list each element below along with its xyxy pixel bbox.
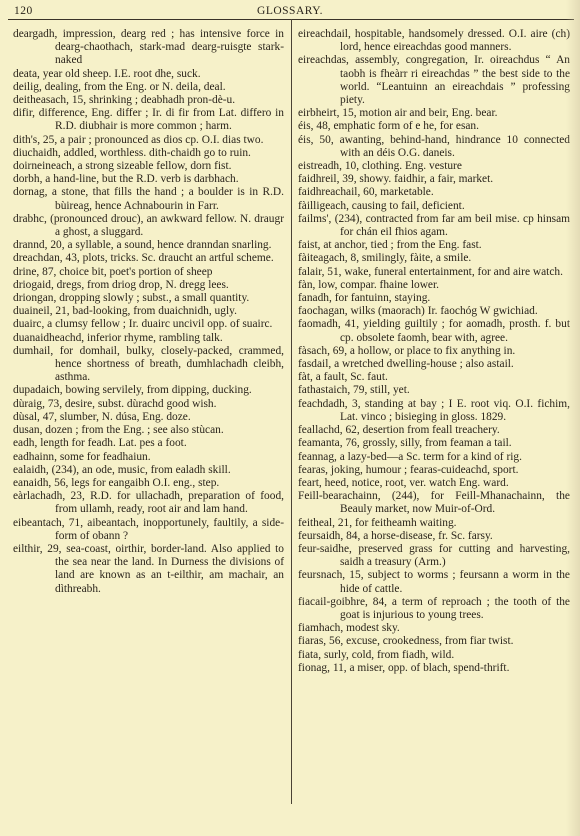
glossary-entry: feannag, a lazy-bed—a Sc. term for a kin… [298,451,570,464]
glossary-entry: dorbh, a hand-line, but the R.D. verb is… [13,173,284,186]
headword: diuchaidh, [13,147,61,159]
definition: a stone, that fills the hand ; a boulder… [52,186,284,211]
headword: feallachd, [298,424,343,436]
definition: (pronounced drouc), an awkward fellow. N… [50,213,284,238]
reference-number: 11, [333,662,347,674]
definition: marketable. [380,186,433,198]
definition: awanting, behind-hand, hindrance 10 conn… [340,134,570,159]
headword: Feill-bearachainn, [298,490,381,502]
definition: aibeantach, inopportunely, faultily, a s… [55,517,284,542]
reference-number: 15, [342,107,356,119]
reference-number: 71, [69,517,83,529]
reference-number: 87, [42,266,56,278]
glossary-entry: fiacail-goibhre, 84, a term of reproach … [298,596,570,622]
reference-number: 84, [346,530,360,542]
definition: bad-looking, from duaichnidh, ugly. [73,305,237,317]
reference-number: 50, [319,134,333,146]
glossary-entry: dith's, 25, a pair ; pronounced as dios … [13,134,284,147]
headword: fearas, [298,464,328,476]
reference-number: 29, [47,543,61,555]
glossary-entry: dornag, a stone, that fills the hand ; a… [13,186,284,212]
glossary-entry: deata, year old sheep. I.E. root dhe, su… [13,68,284,81]
headword: faomadh, [298,318,341,330]
definition: slumber, N. dúsa, Eng. doze. [60,411,191,423]
definition: surly, cold, from fiadh, wild. [324,649,454,661]
headword: dreachdan, [13,252,63,264]
reference-number: 51, [327,266,341,278]
glossary-entry: duanaidheachd, inferior rhyme, rambling … [13,332,284,345]
glossary-entry: fasdail, a wretched dwelling-house ; als… [298,358,570,371]
headword: feursaidh, [298,530,343,542]
definition: wilks (maorach) Ir. faochóg W gwichiad. [351,305,538,317]
reference-number: 10, [345,160,359,172]
reference-number: 21, [55,305,69,317]
headword: driongan, [13,292,56,304]
definition: still, yet. [370,384,410,396]
glossary-entry: duairc, a clumsy fellow ; Ir. duairc unc… [13,318,284,331]
definition: excuse, crookedness, from fiar twist. [346,635,513,647]
headword: dumhail, [13,345,53,357]
reference-number: (234), [335,213,363,225]
glossary-entry: fàn, low, compar. fhaine lower. [298,279,570,292]
headword: fathastaich, [298,384,350,396]
glossary-entry: drine, 87, choice bit, poet's portion of… [13,266,284,279]
glossary-entry: eireachdail, hospitable, handsomely dres… [298,28,570,54]
reference-number: 39, [342,173,356,185]
definition: an ode, music, from ealadh skill. [82,464,231,476]
glossary-entry: feursnach, 15, subject to worms ; feursa… [298,569,570,595]
glossary-entry: diuchaidh, addled, worthless. dith-chaid… [13,147,284,160]
headword: fàilligeach, [298,200,349,212]
definition: standing at bay ; I E. root viq. O.I. fi… [340,398,570,423]
headword: feachdadh, [298,398,348,410]
definition: for domhail, bulky, closely-packed, cram… [55,345,284,383]
glossary-entry: eadh, length for feadh. Lat. pes a foot. [13,437,284,450]
reference-number: 20, [50,239,64,251]
definition: impression, dearg red ; has intensive fo… [55,28,284,66]
definition: causing to fail, deficient. [352,200,465,212]
glossary-entry: fearas, joking, humour ; fearas-cuideach… [298,464,570,477]
glossary-entry: faidhreil, 39, showy. faidhir, a fair, m… [298,173,570,186]
reference-number: 15, [72,94,86,106]
reference-number: (244), [392,490,420,502]
definition: heed, notice, root, ver. watch Eng. ward… [325,477,509,489]
definition: yielding guiltily ; for aomadh, prosth. … [340,318,570,343]
glossary-entry: feursaidh, 84, a horse-disease, fr. Sc. … [298,530,570,543]
headword: duairc, [13,318,44,330]
headword: failms', [298,213,331,225]
definition: low, compar. fhaine lower. [318,279,439,291]
headword: dith's, [13,134,40,146]
glossary-entry: fanadh, for fantuinn, staying. [298,292,570,305]
headword: fasdail, [298,358,331,370]
headword: faochagan, [298,305,348,317]
headword: feannag, [298,451,337,463]
glossary-entry: fathastaich, 79, still, yet. [298,384,570,397]
glossary-entry: eàrlachadh, 23, R.D. for ullachadh, prep… [13,490,284,516]
glossary-entry: eistreadh, 10, clothing. Eng. vesture [298,160,570,173]
glossary-entry: dusan, dozen ; from the Eng. ; see also … [13,424,284,437]
reference-number: 8, [351,252,360,264]
headword: deata, [13,68,40,80]
headword: falair, [298,266,324,278]
glossary-entry: fàt, a fault, Sc. faut. [298,371,570,384]
reference-number: 60, [363,186,377,198]
glossary-entry: feamanta, 76, grossly, silly, from feama… [298,437,570,450]
headword: duanaidheachd, [13,332,84,344]
definition: for fantuinn, staying. [335,292,431,304]
headword: fiacail-goibhre, [298,596,368,608]
definition: desire, subst. dùrachd good wish. [65,398,217,410]
headword: feur-saidhe, [298,543,352,555]
definition: a miser, opp. of blach, spend-thrift. [350,662,510,674]
glossary-entry: faist, at anchor, tied ; from the Eng. f… [298,239,570,252]
headword: eireachdail, [298,28,351,40]
glossary-entry: Feill-bearachainn, (244), for Feill-Mhan… [298,490,570,516]
headword: drannd, [13,239,47,251]
page-edge-shadow [566,0,580,836]
glossary-entry: eirbheirt, 15, motion air and beir, Eng.… [298,107,570,120]
definition: dregs, from driog drop, N. dregg lees. [57,279,229,291]
headword: feamanta, [298,437,343,449]
left-column: deargadh, impression, dearg red ; has in… [13,28,284,596]
headword: deilig, [13,81,42,93]
definition: difference, Eng. differ ; Ir. di fir fro… [39,107,284,132]
headword: eilthir, [13,543,43,555]
headword: doirneineach, [13,160,75,172]
reference-number: 62, [345,424,359,436]
definition: dropping slowly ; subst., a small quanti… [59,292,249,304]
headword: fionag, [298,662,330,674]
reference-number: (234), [52,464,80,476]
definition: a horse-disease, fr. Sc. farsy. [363,530,493,542]
glossary-entry: faidhreachail, 60, marketable. [298,186,570,199]
definition: dozen ; from the Eng. ; see also stùcan. [45,424,223,436]
reference-number: 76, [345,437,359,449]
headword: dusan, [13,424,42,436]
headword: dornag, [13,186,47,198]
definition: at anchor, tied ; from the Eng. fast. [323,239,481,251]
glossary-entry: fiata, surly, cold, from fiadh, wild. [298,649,570,662]
glossary-entry: feart, heed, notice, root, ver. watch En… [298,477,570,490]
reference-number: 43, [66,252,80,264]
definition: for feitheamh waiting. [355,517,457,529]
definition: year old sheep. I.E. root dhe, suck. [43,68,201,80]
reference-number: 56, [54,477,68,489]
running-head: GLOSSARY. [14,5,566,17]
definition: a hand-line, but the R.D. verb is darbha… [45,173,238,185]
glossary-entry: eilthir, 29, sea-coast, oirthir, border-… [13,543,284,596]
glossary-entry: driongan, dropping slowly ; subst., a sm… [13,292,284,305]
headword: fiaras, [298,635,326,647]
glossary-entry: failms', (234), contracted from far am b… [298,213,570,239]
reference-number: 73, [48,398,62,410]
headword: dùraig, [13,398,45,410]
column-divider [291,19,292,804]
definition: sea-coast, oirthir, border-land. Also ap… [55,543,284,595]
definition: a strong sizeable fellow, dorn fist. [78,160,232,172]
glossary-entry: driogaid, dregs, from driog drop, N. dre… [13,279,284,292]
definition: grossly, silly, from feaman a tail. [363,437,512,449]
definition: plots, tricks. Sc. draucht an artful sch… [83,252,274,264]
headword: fàiteagach, [298,252,348,264]
glossary-entry: fiamhach, modest sky. [298,622,570,635]
definition: a clumsy fellow ; Ir. duairc uncivil opp… [47,318,272,330]
glossary-entry: fionag, 11, a miser, opp. of blach, spen… [298,662,570,675]
definition: legs for eangaibh O.I. eng., step. [71,477,219,489]
reference-number: 48, [316,120,330,132]
headword: difir, [13,107,35,119]
reference-number: 3, [352,398,361,410]
headword: dorbh, [13,173,42,185]
headword: faidhreachail, [298,186,360,198]
definition: a hollow, or place to fix anything in. [350,345,515,357]
definition: desertion from feall treachery. [363,424,500,436]
glossary-entry: deilig, dealing, from the Eng. or N. dei… [13,81,284,94]
glossary-entry: deargadh, impression, dearg red ; has in… [13,28,284,68]
reference-number: 56, [329,635,343,647]
headword: eibeantach, [13,517,65,529]
definition: showy. faidhir, a fair, market. [359,173,493,185]
reference-number: 84, [373,596,387,608]
headword: fàt, [298,371,313,383]
definition: assembly, congregation, Ir. oireachdus “… [340,54,570,106]
definition: some for feadhaiun. [60,451,151,463]
definition: contracted from far am beil mise. cp hin… [340,213,570,238]
glossary-entry: eireachdas, assembly, congregation, Ir. … [298,54,570,107]
headword: eadh, [13,437,37,449]
definition: dealing, from the Eng. or N. deila, deal… [45,81,226,93]
headword: ealaidh, [13,464,49,476]
glossary-entry: deitheasach, 15, shrinking ; deabhadh pr… [13,94,284,107]
headword: eistreadh, [298,160,342,172]
headword: éis, [298,134,314,146]
headword: faidhreil, [298,173,339,185]
glossary-entry: éis, 50, awanting, behind-hand, hindranc… [298,134,570,160]
glossary-entry: feallachd, 62, desertion from feall trea… [298,424,570,437]
headword: faist, [298,239,320,251]
headword: dùsal, [13,411,40,423]
glossary-entry: feur-saidhe, preserved grass for cutting… [298,543,570,569]
headword: duaineil, [13,305,53,317]
definition: choice bit, poet's portion of sheep [59,266,212,278]
glossary-page: 120 GLOSSARY. deargadh, impression, dear… [0,0,580,836]
definition: subject to worms ; feursann a worm in th… [340,569,570,594]
glossary-entry: feachdadh, 3, standing at bay ; I E. roo… [298,398,570,424]
headword: fàsach, [298,345,330,357]
headword: drine, [13,266,39,278]
glossary-entry: ealaidh, (234), an ode, music, from eala… [13,464,284,477]
definition: joking, humour ; fearas-cuideachd, sport… [331,464,519,476]
definition: shrinking ; deabhadh pron-dè-u. [89,94,235,106]
glossary-entry: falair, 51, wake, funeral entertainment,… [298,266,570,279]
glossary-entry: fàilligeach, causing to fail, deficient. [298,200,570,213]
headword: fàn, [298,279,315,291]
definition: motion air and beir, Eng. bear. [359,107,497,119]
headword: dupadaich, [13,384,63,396]
reference-number: 41, [345,318,359,330]
headword: deitheasach, [13,94,69,106]
definition: wake, funeral entertainment, for and air… [344,266,563,278]
glossary-entry: eibeantach, 71, aibeantach, inopportunel… [13,517,284,543]
headword: feitheal, [298,517,335,529]
definition: inferior rhyme, rambling talk. [87,332,223,344]
glossary-entry: dreachdan, 43, plots, tricks. Sc. drauch… [13,252,284,265]
definition: a wretched dwelling-house ; also astail. [334,358,514,370]
headword: driogaid, [13,279,54,291]
glossary-entry: dumhail, for domhail, bulky, closely-pac… [13,345,284,385]
reference-number: 23, [71,490,85,502]
glossary-entry: difir, difference, Eng. differ ; Ir. di … [13,107,284,133]
headword: eirbheirt, [298,107,339,119]
headword: fanadh, [298,292,332,304]
glossary-entry: fiaras, 56, excuse, crookedness, from fi… [298,635,570,648]
headword: eàrlachadh, [13,490,65,502]
glossary-entry: drabhc, (pronounced drouc), an awkward f… [13,213,284,239]
headword: éis, [298,120,314,132]
definition: R.D. for ullachadh, preparation of food,… [55,490,284,515]
definition: length for feadh. Lat. pes a foot. [40,437,186,449]
definition: modest sky. [346,622,400,634]
headword: fiamhach, [298,622,343,634]
right-column: eireachdail, hospitable, handsomely dres… [298,28,570,675]
headword: feursnach, [298,569,345,581]
definition: smilingly, fàite, a smile. [362,252,471,264]
definition: hospitable, handsomely dressed. O.I. air… [340,28,570,53]
headword: eanaidh, [13,477,51,489]
headword: fiata, [298,649,321,661]
glossary-entry: eanaidh, 56, legs for eangaibh O.I. eng.… [13,477,284,490]
definition: a fault, Sc. faut. [316,371,388,383]
definition: bowing servilely, from dipping, ducking. [66,384,252,396]
glossary-entry: fàiteagach, 8, smilingly, fàite, a smile… [298,252,570,265]
headword: feart, [298,477,322,489]
definition: preserved grass for cutting and harvesti… [340,543,570,568]
reference-number: 79, [353,384,367,396]
definition: clothing. Eng. vesture [362,160,462,172]
definition: a syllable, a sound, hence dranndan snar… [67,239,271,251]
reference-number: 47, [43,411,57,423]
definition: a pair ; pronounced as dios cp. O.I. dia… [60,134,263,146]
glossary-entry: dùraig, 73, desire, subst. dùrachd good … [13,398,284,411]
reference-number: 15, [349,569,363,581]
glossary-entry: duaineil, 21, bad-looking, from duaichni… [13,305,284,318]
glossary-entry: faomadh, 41, yielding guiltily ; for aom… [298,318,570,344]
glossary-entry: doirneineach, a strong sizeable fellow, … [13,160,284,173]
reference-number: 69, [333,345,347,357]
headword: deargadh, [13,28,57,40]
headword: drabhc, [13,213,47,225]
definition: a lazy-bed—a Sc. term for a kind of rig. [340,451,522,463]
headword: eadhainn, [13,451,57,463]
glossary-entry: dùsal, 47, slumber, N. dúsa, Eng. doze. [13,411,284,424]
glossary-entry: eadhainn, some for feadhaiun. [13,451,284,464]
reference-number: 21, [338,517,352,529]
glossary-entry: drannd, 20, a syllable, a sound, hence d… [13,239,284,252]
headword: eireachdas, [298,54,349,66]
glossary-entry: feitheal, 21, for feitheamh waiting. [298,517,570,530]
glossary-entry: dupadaich, bowing servilely, from dippin… [13,384,284,397]
glossary-entry: éis, 48, emphatic form of e he, for esan… [298,120,570,133]
definition: addled, worthless. dith-chaidh go to rui… [64,147,251,159]
glossary-entry: fàsach, 69, a hollow, or place to fix an… [298,345,570,358]
glossary-entry: faochagan, wilks (maorach) Ir. faochóg W… [298,305,570,318]
reference-number: 25, [43,134,57,146]
definition: emphatic form of e he, for esan. [333,120,479,132]
